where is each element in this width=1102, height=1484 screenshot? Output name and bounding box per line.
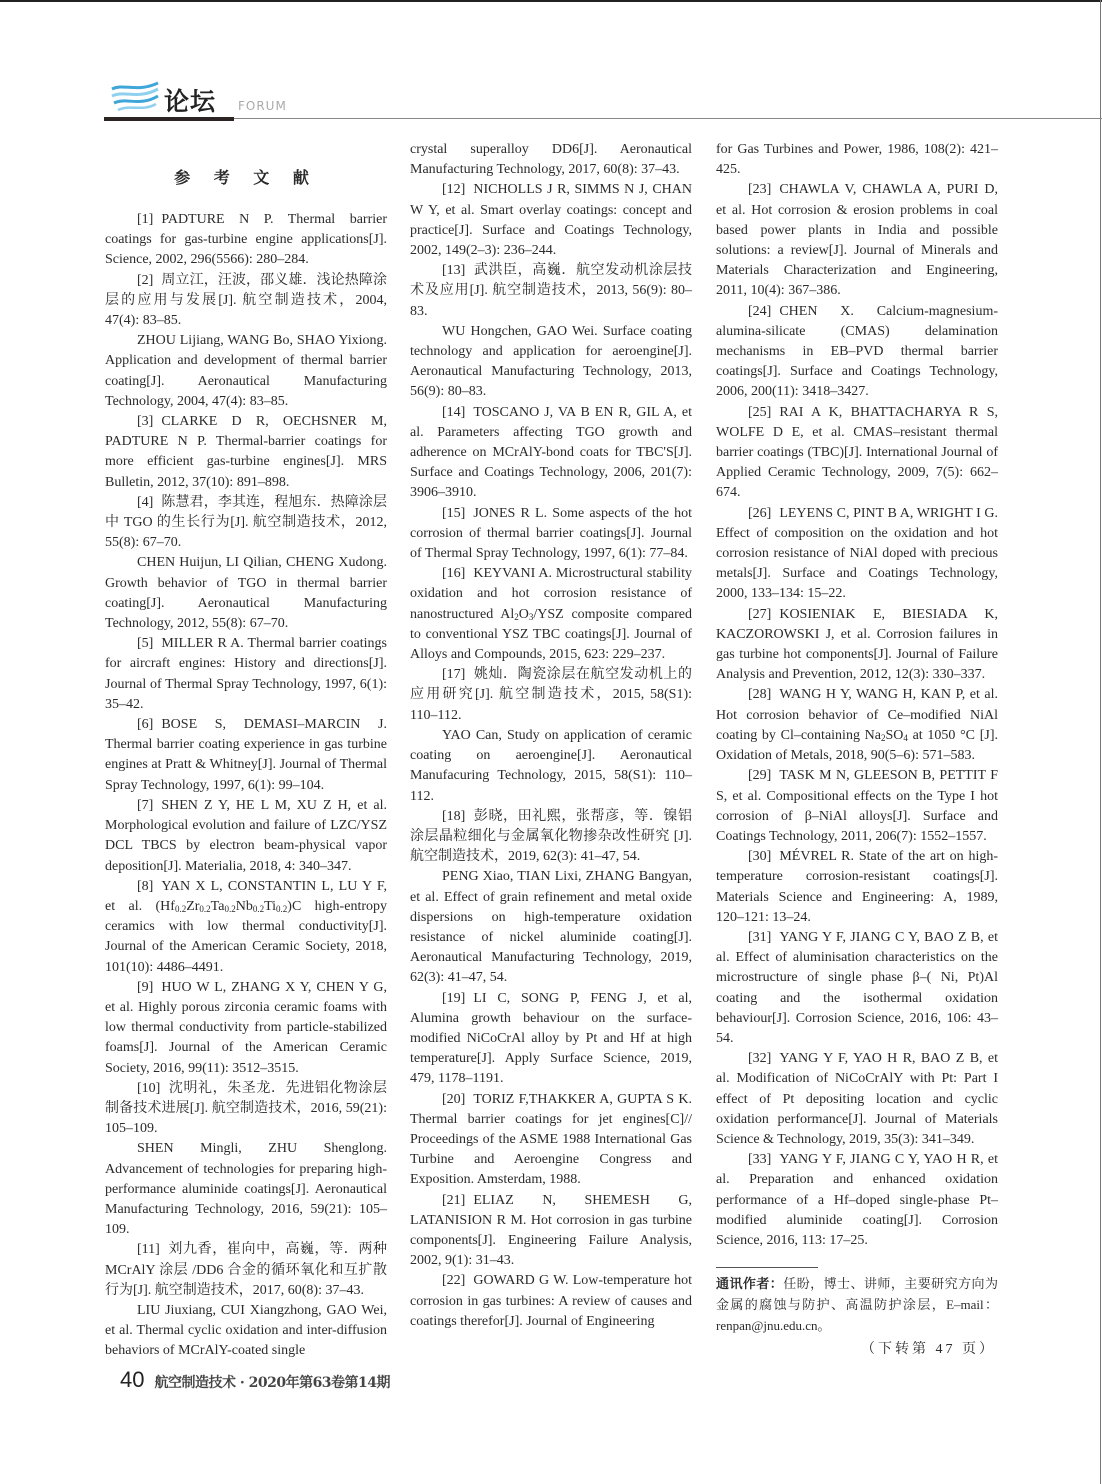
reference-9: [9]HUO W L, ZHANG X Y, CHEN Y G, et al. …: [105, 978, 387, 1079]
reference-4: [4]陈慧君，李其连，程旭东．热障涂层中 TGO 的生长行为[J]. 航空制造技…: [105, 493, 387, 554]
middle-column: crystal superalloy DD6[J]. Aeronautical …: [410, 140, 692, 1332]
reference-21: [21]ELIAZ N, SHEMESH G, LATANISION R M. …: [410, 1191, 692, 1272]
reference-22: [22]GOWARD G W. Low-temperature hot corr…: [410, 1271, 692, 1332]
reference-2: [2]周立江，汪波，邵义雄．浅论热障涂层的应用与发展[J]. 航空制造技术，20…: [105, 271, 387, 332]
reference-6: [6]BOSE S, DEMASI–MARCIN J. Thermal barr…: [105, 715, 387, 796]
continued-on-page: （下转第 47 页）: [716, 1340, 998, 1360]
footnote-label: 通讯作者：: [716, 1277, 783, 1292]
right-column: for Gas Turbines and Power, 1986, 108(2)…: [716, 140, 998, 1360]
reference-20: [20]TORIZ F,THAKKER A, GUPTA S K. Therma…: [410, 1090, 692, 1191]
reference-18-translation: PENG Xiao, TIAN Lixi, ZHANG Bangyan, et …: [410, 867, 692, 988]
reference-33: [33]YANG Y F, JIANG C Y, YAO H R, et al.…: [716, 1150, 998, 1251]
section-name-cn: 论坛: [164, 82, 216, 118]
reference-8: [8]YAN X L, CONSTANTIN L, LU Y F, et al.…: [105, 877, 387, 978]
reference-17-translation: YAO Can, Study on application of ceramic…: [410, 726, 692, 807]
reference-11-translation-continued: crystal superalloy DD6[J]. Aeronautical …: [410, 140, 692, 180]
reference-10-translation: SHEN Mingli, ZHU Shenglong. Advancement …: [105, 1139, 387, 1240]
section-header: 论坛 FORUM: [104, 78, 1102, 124]
reference-13: [13]武洪臣，高巍．航空发动机涂层技术及应用[J]. 航空制造技术，2013,…: [410, 261, 692, 322]
reference-22-continued: for Gas Turbines and Power, 1986, 108(2)…: [716, 140, 998, 180]
corresponding-author-note: 通讯作者：任盼，博士、讲师，主要研究方向为金属的腐蚀与防护、高温防护涂层，E–m…: [716, 1274, 998, 1336]
reference-4-translation: CHEN Huijun, LI Qilian, CHENG Xudong. Gr…: [105, 553, 387, 634]
header-rule-thin: [234, 118, 1102, 119]
journal-info: 航空制造技术 · 2020年第63卷第14期: [154, 1375, 390, 1391]
reference-26: [26]LEYENS C, PINT B A, WRIGHT I G. Effe…: [716, 504, 998, 605]
page-number: 40: [120, 1367, 144, 1392]
reference-28: [28]WANG H Y, WANG H, KAN P, et al. Hot …: [716, 685, 998, 766]
reference-7: [7]SHEN Z Y, HE L M, XU Z H, et al. Morp…: [105, 796, 387, 877]
reference-15: [15]JONES R L. Some aspects of the hot c…: [410, 504, 692, 565]
page-right-border: [1100, 0, 1101, 1484]
reference-30: [30]MÉVREL R. State of the art on high-t…: [716, 847, 998, 928]
wave-logo-icon: [110, 80, 160, 114]
reference-1: [1]PADTURE N P. Thermal barrier coatings…: [105, 210, 387, 271]
reference-27: [27]KOSIENIAK E, BIESIADA K, KACZOROWSKI…: [716, 605, 998, 686]
reference-32: [32]YANG Y F, YAO H R, BAO Z B, et al. M…: [716, 1049, 998, 1150]
reference-3: [3]CLARKE D R, OECHSNER M, PADTURE N P. …: [105, 412, 387, 493]
reference-19: [19]LI C, SONG P, FENG J, et al, Alumina…: [410, 989, 692, 1090]
footnote-divider: [716, 1267, 818, 1268]
reference-12: [12]NICHOLLS J R, SIMMS N J, CHAN W Y, e…: [410, 180, 692, 261]
reference-11: [11]刘九香，崔向中，高巍，等．两种 MCrAlY 涂层 /DD6 合金的循环…: [105, 1240, 387, 1301]
reference-18: [18]彭晓，田礼熙，张帮彦，等．镍铝涂层晶粒细化与金属氧化物掺杂改性研究 [J…: [410, 807, 692, 868]
reference-10: [10]沈明礼，朱圣龙．先进铝化物涂层制备技术进展[J]. 航空制造技术，201…: [105, 1079, 387, 1140]
reference-31: [31]YANG Y F, JIANG C Y, BAO Z B, et al.…: [716, 928, 998, 1049]
reference-13-translation: WU Hongchen, GAO Wei. Surface coating te…: [410, 322, 692, 403]
reference-5: [5]MILLER R A. Thermal barrier coatings …: [105, 634, 387, 715]
left-column: 参 考 文 献 [1]PADTURE N P. Thermal barrier …: [105, 150, 387, 1362]
reference-14: [14]TOSCANO J, VA B EN R, GIL A, et al. …: [410, 403, 692, 504]
references-title: 参 考 文 献: [105, 158, 387, 198]
reference-24: [24]CHEN X. Calcium-magnesium-alumina-si…: [716, 302, 998, 403]
reference-29: [29]TASK M N, GLEESON B, PETTIT F S, et …: [716, 766, 998, 847]
header-rule-thick: [104, 117, 234, 121]
reference-11-translation: LIU Jiuxiang, CUI Xiangzhong, GAO Wei, e…: [105, 1301, 387, 1362]
section-name-en: FORUM: [238, 99, 287, 113]
reference-2-translation: ZHOU Lijiang, WANG Bo, SHAO Yixiong. App…: [105, 331, 387, 412]
page-footer: 40 航空制造技术 · 2020年第63卷第14期: [120, 1367, 390, 1393]
reference-17: [17]姚灿．陶瓷涂层在航空发动机上的应用研究[J]. 航空制造技术，2015,…: [410, 665, 692, 726]
reference-23: [23]CHAWLA V, CHAWLA A, PURI D, et al. H…: [716, 180, 998, 301]
reference-25: [25]RAI A K, BHATTACHARYA R S, WOLFE D E…: [716, 403, 998, 504]
reference-16: [16]KEYVANI A. Microstructural stability…: [410, 564, 692, 665]
page-top-border: [0, 0, 1102, 2]
